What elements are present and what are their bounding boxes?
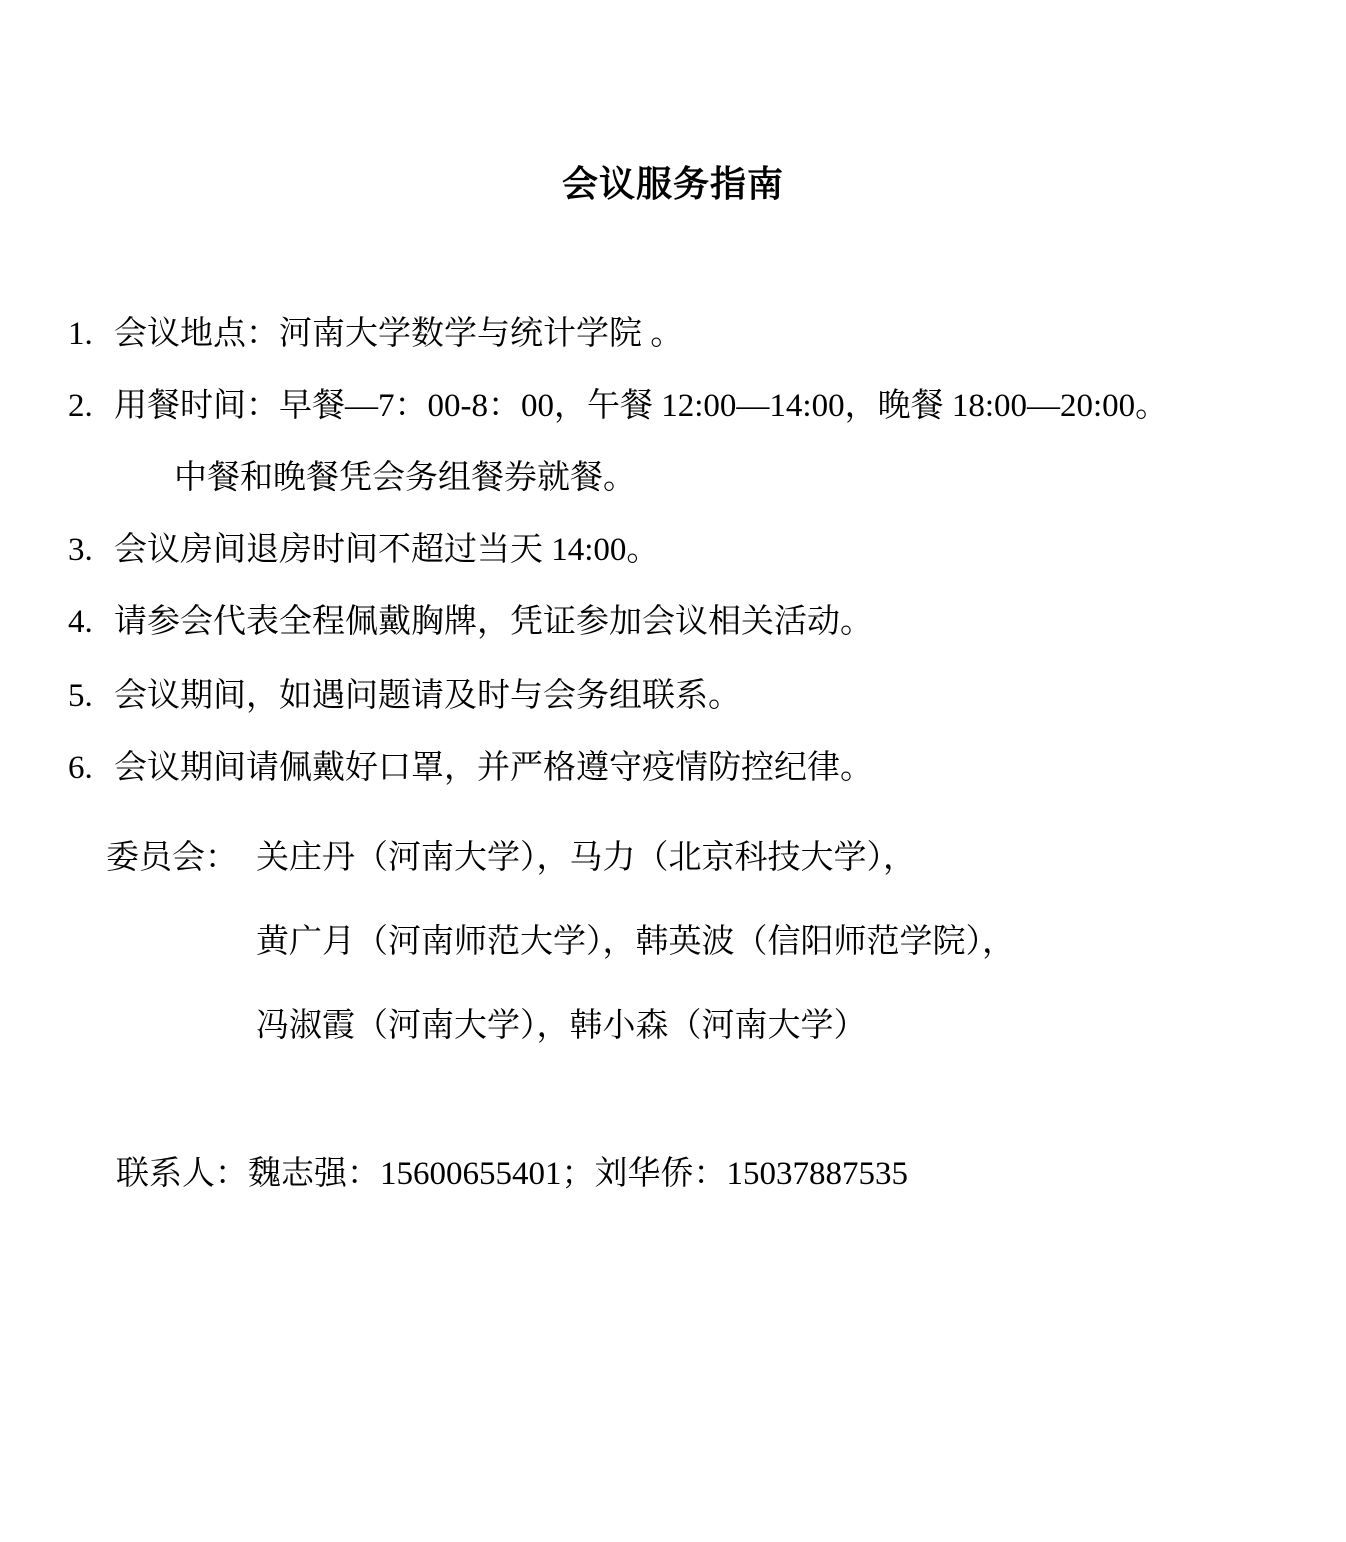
guide-item-2: 2.用餐时间：早餐—7：00-8：00，午餐 12:00—14:00，晚餐 18… bbox=[68, 384, 1168, 428]
item-number: 3. bbox=[68, 528, 114, 572]
item-number: 4. bbox=[68, 600, 114, 644]
item-text: 会议期间请佩戴好口罩，并严格遵守疫情防控纪律。 bbox=[114, 750, 873, 786]
guide-item-5: 5.会议期间，如遇问题请及时与会务组联系。 bbox=[68, 674, 741, 718]
guide-item-4: 4.请参会代表全程佩戴胸牌，凭证参加会议相关活动。 bbox=[68, 600, 873, 644]
contact-info: 联系人：魏志强：15600655401；刘华侨：15037887535 bbox=[116, 1152, 908, 1196]
committee-line-3: 冯淑霞（河南大学），韩小森（河南大学） bbox=[256, 1004, 867, 1048]
item-text: 用餐时间：早餐—7：00-8：00，午餐 12:00—14:00，晚餐 18:0… bbox=[114, 388, 1168, 424]
committee-line-1: 关庄丹（河南大学），马力（北京科技大学）， bbox=[256, 836, 916, 880]
item-number: 1. bbox=[68, 312, 114, 356]
item-text: 会议期间，如遇问题请及时与会务组联系。 bbox=[114, 678, 741, 714]
item-text: 会议地点：河南大学数学与统计学院 。 bbox=[114, 316, 683, 352]
item-number: 6. bbox=[68, 746, 114, 790]
committee-label: 委员会： bbox=[106, 836, 238, 880]
guide-item-6: 6.会议期间请佩戴好口罩，并严格遵守疫情防控纪律。 bbox=[68, 746, 873, 790]
committee-line-2: 黄广月（河南师范大学），韩英波（信阳师范学院）， bbox=[256, 920, 1015, 964]
guide-item-3: 3.会议房间退房时间不超过当天 14:00。 bbox=[68, 528, 659, 572]
document-title: 会议服务指南 bbox=[0, 158, 1346, 210]
guide-item-2-continuation: 中餐和晚餐凭会务组餐券就餐。 bbox=[174, 456, 636, 500]
item-number: 2. bbox=[68, 384, 114, 428]
item-text: 会议房间退房时间不超过当天 14:00。 bbox=[114, 532, 659, 568]
guide-item-1: 1.会议地点：河南大学数学与统计学院 。 bbox=[68, 312, 683, 356]
document-page: 会议服务指南 1.会议地点：河南大学数学与统计学院 。 2.用餐时间：早餐—7：… bbox=[0, 0, 1346, 1542]
item-number: 5. bbox=[68, 674, 114, 718]
item-text: 请参会代表全程佩戴胸牌，凭证参加会议相关活动。 bbox=[114, 604, 873, 640]
